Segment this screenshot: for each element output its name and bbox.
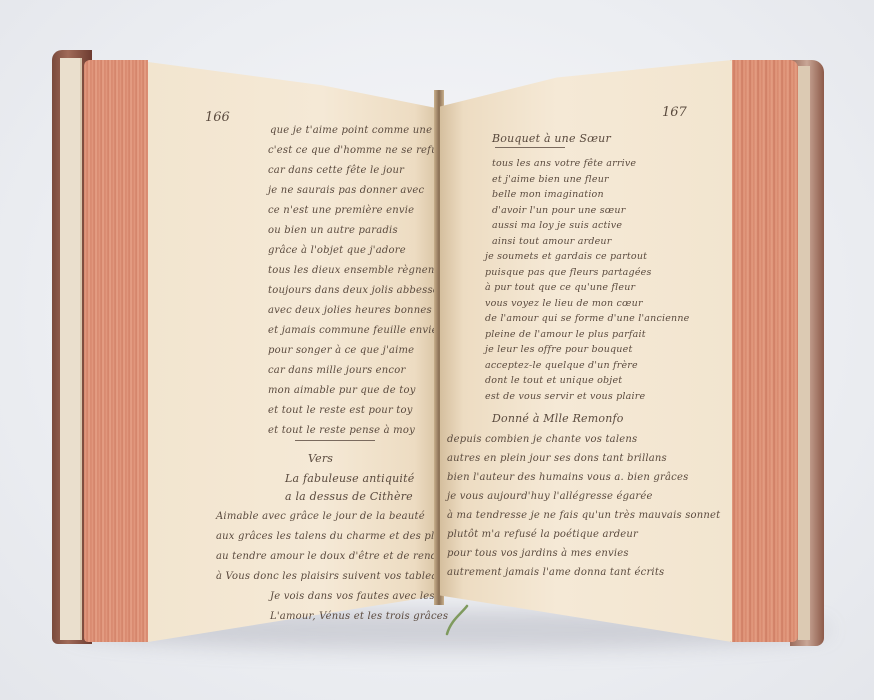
- section-subtitle: a la dessus de Cithère: [285, 490, 413, 503]
- verse-line: car dans mille jours encor: [268, 365, 405, 376]
- verse-line: est de vous servir et vous plaire: [485, 391, 645, 402]
- verse-line: dont le tout et unique objet: [485, 375, 622, 386]
- verse-line: L'amour, Vénus et les trois grâces: [270, 611, 448, 622]
- verse-line: je soumets et gardais ce partout: [485, 251, 647, 262]
- verse-line: pleine de l'amour le plus parfait: [485, 329, 646, 340]
- verse-line: ainsi tout amour ardeur: [492, 236, 612, 247]
- verse-line: acceptez-le quelque d'un frère: [485, 360, 638, 371]
- section-title: Vers: [308, 452, 333, 465]
- verse-line: aux grâces les talens du charme et des p…: [216, 531, 463, 542]
- verse-line: je ne saurais pas donner avec: [268, 185, 424, 196]
- heading-underline: [495, 147, 565, 148]
- verse-line: et jamais commune feuille envie: [268, 325, 438, 336]
- left-board: [60, 58, 82, 640]
- right-page-number: 167: [662, 105, 687, 120]
- left-page-edge: [84, 60, 148, 642]
- verse-line: pour songer à ce que j'aime: [268, 345, 414, 356]
- verse-line: avec deux jolies heures bonnes: [268, 305, 432, 316]
- verse-line: et j'aime bien une fleur: [492, 174, 609, 185]
- verse-line: aussi ma loy je suis active: [492, 220, 622, 231]
- divider-rule: [295, 440, 375, 441]
- verse-line: je leur les offre pour bouquet: [485, 344, 632, 355]
- verse-line: car dans cette fête le jour: [268, 165, 404, 176]
- ribbon-bookmark-icon: [443, 604, 471, 638]
- verse-line: autres en plein jour ses dons tant brill…: [447, 453, 667, 464]
- verse-line: pour tous vos jardins à mes envies: [447, 548, 629, 559]
- verse-line: mon aimable pur que de toy: [268, 385, 416, 396]
- verse-line: Je vois dans vos fautes avec les: [270, 591, 435, 602]
- verse-line: Aimable avec grâce le jour de la beauté: [216, 511, 425, 522]
- verse-line: vous voyez le lieu de mon cœur: [485, 298, 643, 309]
- poem-heading: Donné à Mlle Remonfo: [492, 412, 624, 425]
- section-subtitle: La fabuleuse antiquité: [285, 472, 414, 485]
- verse-line: grâce à l'objet que j'adore: [268, 245, 406, 256]
- verse-line: à ma tendresse je ne fais qu'un très mau…: [447, 510, 720, 521]
- left-page-number: 166: [205, 110, 230, 125]
- verse-line: à pur tout que ce qu'une fleur: [485, 282, 635, 293]
- right-board: [798, 66, 810, 640]
- verse-line: ce n'est une première envie: [268, 205, 414, 216]
- verse-line: belle mon imagination: [492, 189, 604, 200]
- poem-heading: Bouquet à une Sœur: [492, 132, 611, 145]
- verse-line: toujours dans deux jolis abbesses: [268, 285, 444, 296]
- verse-line: de l'amour qui se forme d'une l'ancienne: [485, 313, 690, 324]
- verse-line: autrement jamais l'ame donna tant écrits: [447, 567, 664, 578]
- verse-line: à Vous donc les plaisirs suivent vos tab…: [216, 571, 450, 582]
- verse-line: puisque pas que fleurs partagées: [485, 267, 652, 278]
- verse-line: je vous aujourd'huy l'allégresse égarée: [447, 491, 653, 502]
- verse-line: tous les ans votre fête arrive: [492, 158, 636, 169]
- verse-line: ou bien un autre paradis: [268, 225, 398, 236]
- verse-line: c'est ce que d'homme ne se refuse: [268, 145, 449, 156]
- verse-line: d'avoir l'un pour une sœur: [492, 205, 625, 216]
- verse-line: et tout le reste pense à moy: [268, 425, 415, 436]
- verse-line: depuis combien je chante vos talens: [447, 434, 637, 445]
- right-page-edge: [730, 60, 798, 642]
- verse-line: plutôt m'a refusé la poétique ardeur: [447, 529, 638, 540]
- verse-line: tous les dieux ensemble règnent: [268, 265, 439, 276]
- verse-line: bien l'auteur des humains vous a. bien g…: [447, 472, 688, 483]
- verse-line: et tout le reste est pour toy: [268, 405, 413, 416]
